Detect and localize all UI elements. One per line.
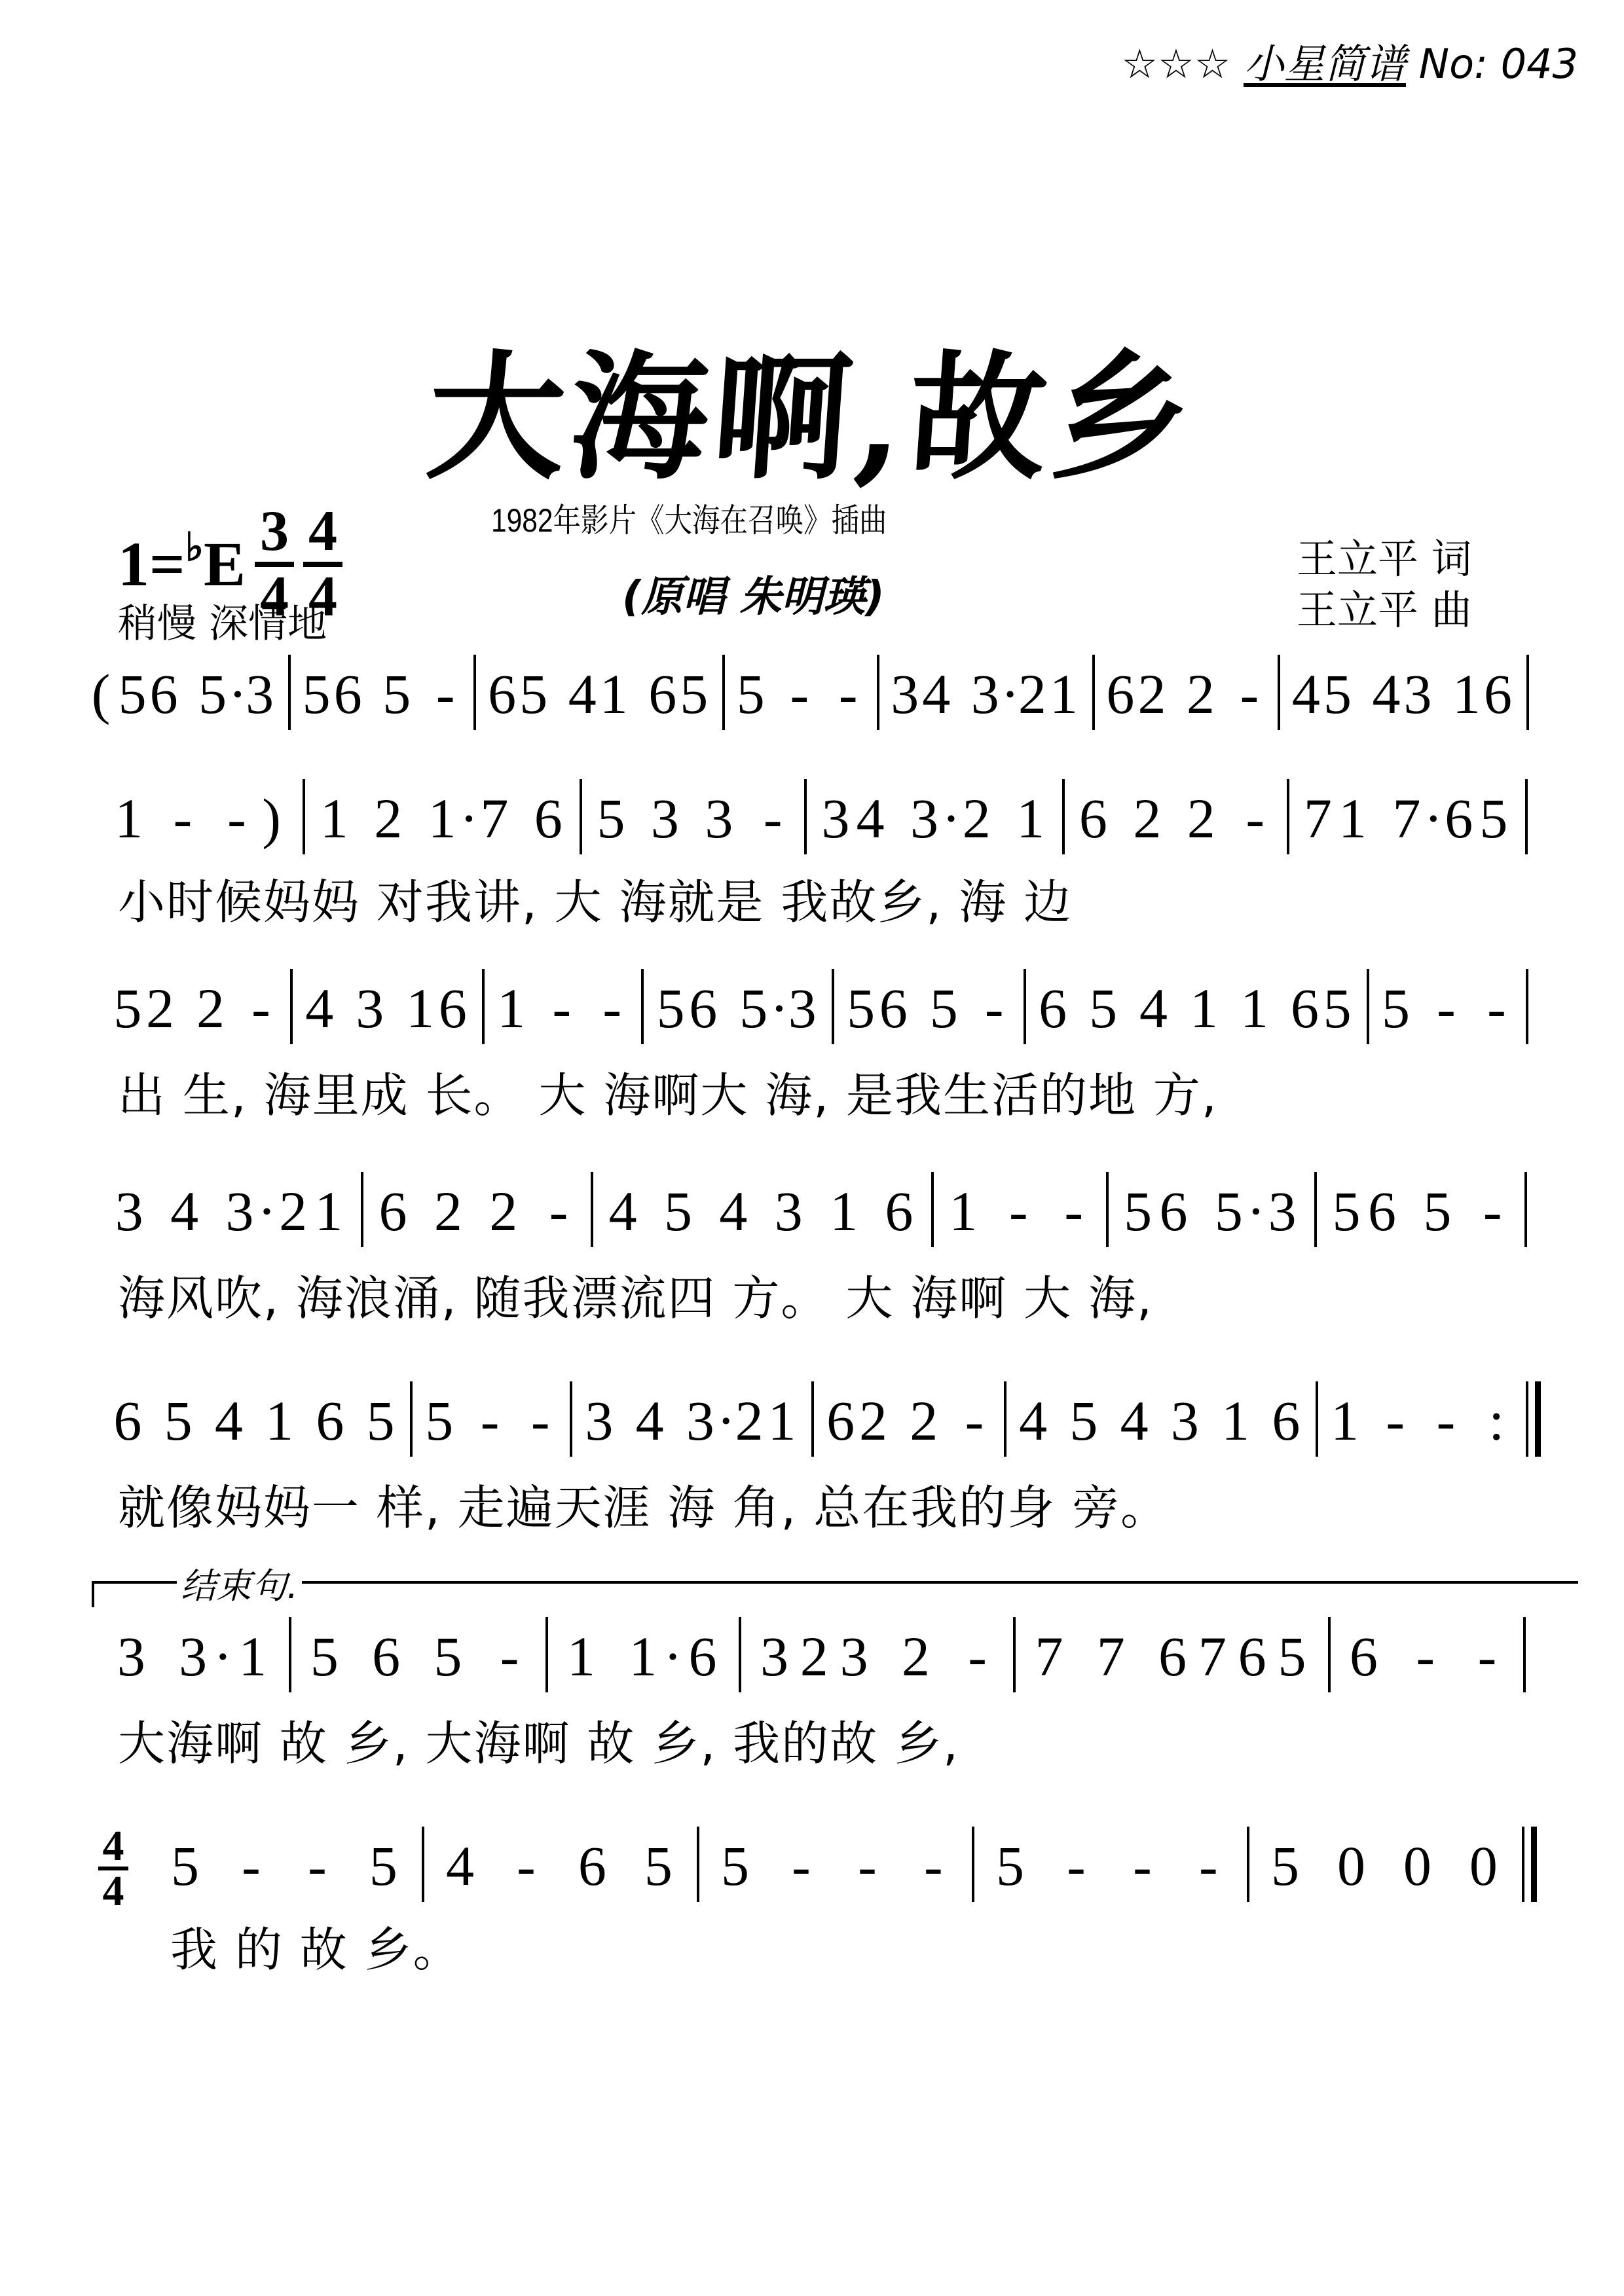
lyrics: 小时候妈妈 对我讲, 大 海就是 我故乡, 海 边 <box>118 864 1072 932</box>
note: 5 <box>1272 1624 1312 1689</box>
note: 2 <box>959 786 994 851</box>
header-tag: ☆☆☆ 小星简谱 No: 043 <box>1122 31 1578 90</box>
note: 5 <box>301 661 332 727</box>
note: 5 <box>654 975 687 1041</box>
note: 6 <box>881 1178 917 1244</box>
note: 4 <box>1290 661 1321 727</box>
note: 4 <box>303 975 336 1041</box>
note: 5 <box>1321 975 1354 1041</box>
note: 2 <box>1184 786 1219 851</box>
final-barline <box>1531 1827 1537 1902</box>
note: 6 <box>824 1388 857 1453</box>
barline <box>1526 969 1528 1044</box>
barline <box>697 1827 699 1902</box>
note: 3 <box>583 1388 616 1453</box>
note: 7 <box>1029 1624 1069 1689</box>
note: 0 <box>1462 1833 1505 1899</box>
barline <box>303 779 305 854</box>
notation-symbol: - <box>846 1833 889 1899</box>
note: 2 <box>144 975 177 1041</box>
note: 6 <box>437 975 470 1041</box>
notation-symbol: - <box>832 661 864 727</box>
notation-symbol: - <box>296 1833 339 1899</box>
note: 5 <box>1420 1178 1455 1244</box>
notation-symbol: · <box>1001 661 1016 727</box>
notation-symbol: - <box>545 975 578 1041</box>
note: 6 <box>1076 786 1111 851</box>
note: 3 <box>786 975 819 1041</box>
barline <box>1287 779 1289 854</box>
note: 1 <box>1335 786 1370 851</box>
note: 1 <box>1013 786 1048 851</box>
note: 1 <box>946 1178 981 1244</box>
note: 6 <box>366 1624 406 1689</box>
note: 2 <box>430 1178 466 1244</box>
notation-symbol: - <box>957 1624 997 1689</box>
note: 5 <box>1087 975 1120 1041</box>
note: 6 <box>531 786 566 851</box>
lyrics: 就像妈妈一 样, 走遍天涯 海 角, 总在我的身 旁。 <box>118 1470 1169 1538</box>
score-number: No: 043 <box>1419 40 1578 88</box>
note: 3 <box>354 975 386 1041</box>
credits: 王立平 词 王立平 曲 <box>1297 534 1472 636</box>
notation-symbol: · <box>257 1178 275 1244</box>
note: 6 <box>1156 1178 1191 1244</box>
note: 1 <box>1238 975 1271 1041</box>
barline <box>1062 779 1065 854</box>
notation-symbol: - <box>505 1833 547 1899</box>
note: 2 <box>371 786 405 851</box>
notation-symbol: · <box>1424 786 1442 851</box>
note: 1 <box>598 661 629 727</box>
tempo-marking: 稍慢 深情地 <box>118 592 327 649</box>
note: 5 <box>1329 1178 1364 1244</box>
note: 5 <box>1264 1833 1306 1899</box>
note: 5 <box>989 1833 1031 1899</box>
note: 6 <box>148 661 179 727</box>
barline <box>877 655 879 730</box>
note: 6 <box>332 661 363 727</box>
note: 1 <box>317 786 352 851</box>
note: 6 <box>687 975 720 1041</box>
lyrics: 大海啊 故 乡, 大海啊 故 乡, 我的故 乡, <box>118 1705 959 1774</box>
ending-label: 结束句. <box>177 1558 302 1609</box>
notation-symbol: · <box>229 661 244 727</box>
flat-icon: ♭ <box>185 524 204 570</box>
note: 4 <box>439 1833 481 1899</box>
note: 5 <box>162 1388 194 1453</box>
note: 6 <box>1153 1624 1192 1689</box>
note: 1 <box>111 786 146 851</box>
note: 2 <box>194 975 227 1041</box>
barline <box>811 1381 814 1457</box>
note: 5 <box>1120 1178 1155 1244</box>
note: 5 <box>518 661 549 727</box>
note: 6 <box>1344 1624 1384 1689</box>
note: 4 <box>1137 975 1170 1041</box>
barline <box>591 1172 593 1247</box>
barline <box>1004 1381 1006 1457</box>
barline <box>1367 969 1369 1044</box>
note: 3 <box>684 1388 716 1453</box>
note: 6 <box>683 1624 723 1689</box>
note: 3 <box>907 786 942 851</box>
composer: 王立平 曲 <box>1297 585 1472 636</box>
note: 2 <box>1130 786 1164 851</box>
note: 7 <box>1389 786 1424 851</box>
notation-symbol: - <box>1234 661 1265 727</box>
note: 5 <box>1321 661 1353 727</box>
note: 5 <box>735 661 766 727</box>
key-tonic: E <box>204 528 246 600</box>
star-icons: ☆☆☆ <box>1122 40 1231 88</box>
note: 5 <box>927 975 960 1041</box>
note: 5 <box>660 1178 695 1244</box>
notation-symbol: · <box>716 1388 733 1453</box>
barline <box>1278 655 1280 730</box>
note: 1 <box>232 1624 272 1689</box>
note: 5 <box>117 661 148 727</box>
note: 1 <box>263 1388 296 1453</box>
note: 2 <box>896 1624 936 1689</box>
note: 6 <box>1289 975 1321 1041</box>
note: 6 <box>1037 975 1069 1041</box>
note: 6 <box>1105 661 1136 727</box>
note: 1 <box>404 975 437 1041</box>
note: 6 <box>1232 1624 1272 1689</box>
note: 6 <box>647 661 678 727</box>
notation-symbol: - <box>596 975 629 1041</box>
song-subtitle: 1982年影片《大海在召唤》插曲 <box>491 494 887 541</box>
barline <box>410 1381 413 1457</box>
lyrics: 海风吹, 海浪涌, 随我漂流四 方。 大 海啊 大 海, <box>118 1260 1153 1328</box>
notation-symbol: : <box>1480 1388 1513 1453</box>
note: 3 <box>969 661 1001 727</box>
note: 3 <box>222 1178 257 1244</box>
barline <box>641 969 644 1044</box>
note: 5 <box>1380 975 1412 1041</box>
notation: 5--54-655---5---5000 <box>164 1833 1539 1905</box>
barline <box>722 655 725 730</box>
note: 4 <box>212 1388 245 1453</box>
notation-symbol: · <box>663 1624 682 1689</box>
note: 7 <box>1192 1624 1232 1689</box>
note: 5 <box>362 1833 405 1899</box>
ending-bracket-line <box>92 1581 1578 1585</box>
barline <box>1328 1617 1331 1692</box>
barline <box>1314 1172 1317 1247</box>
note: 3 <box>754 1624 794 1689</box>
notation-symbol: - <box>784 661 815 727</box>
note: 1 <box>766 1388 798 1453</box>
note: 4 <box>605 1178 640 1244</box>
notation-symbol: - <box>430 661 461 727</box>
ending-bracket-hook <box>92 1581 94 1607</box>
notation-symbol: - <box>780 1833 822 1899</box>
note: 5 <box>593 786 628 851</box>
note: 3 <box>648 786 682 851</box>
notation-symbol: - <box>1187 1833 1230 1899</box>
notation-symbol: - <box>541 1178 576 1244</box>
barline <box>931 1172 934 1247</box>
notation-symbol: - <box>1467 1624 1507 1689</box>
notation: 343·21622-4543161--565·3565- <box>111 1178 1539 1250</box>
barline <box>570 1381 572 1457</box>
notation-symbol: - <box>1481 975 1513 1041</box>
note: 3 <box>818 786 853 851</box>
note: 6 <box>877 975 910 1041</box>
note: 1 <box>1188 975 1221 1041</box>
barline <box>1106 1172 1109 1247</box>
note: 3 <box>1168 1388 1201 1453</box>
barline <box>739 1617 741 1692</box>
note: 2 <box>1185 661 1216 727</box>
barline <box>1024 969 1026 1044</box>
note: 5 <box>423 1388 456 1453</box>
notation-symbol: ( <box>85 661 117 727</box>
note: 4 <box>1371 661 1402 727</box>
notation-symbol: - <box>1056 1178 1091 1244</box>
note: 1 <box>623 1624 663 1689</box>
note: 6 <box>1441 786 1476 851</box>
barline <box>422 1827 424 1902</box>
note: 3 <box>771 1178 806 1244</box>
note: 3 <box>889 661 921 727</box>
barline <box>1523 1617 1526 1692</box>
notation-symbol: - <box>1121 1833 1164 1899</box>
barline <box>972 1827 974 1902</box>
barline <box>288 655 291 730</box>
notation-symbol: - <box>490 1624 530 1689</box>
barline <box>361 1172 363 1247</box>
note: 6 <box>1270 1388 1302 1453</box>
note: 6 <box>487 661 518 727</box>
note: 5 <box>714 1833 756 1899</box>
notation-symbol: - <box>1055 1833 1098 1899</box>
note: 5 <box>678 661 710 727</box>
notation: 522-43161--565·3565-65411655-- <box>111 975 1539 1048</box>
note: 3 <box>1402 661 1433 727</box>
note: 1 <box>826 1178 861 1244</box>
final-barline <box>1522 1827 1524 1902</box>
notation: (565·3565-6541655--343·21622-454316 <box>85 661 1539 733</box>
note: 4 <box>1118 1388 1151 1453</box>
note: 6 <box>571 1833 614 1899</box>
note: 6 <box>1364 1178 1399 1244</box>
notation-symbol: - <box>1475 1178 1510 1244</box>
notation-symbol: - <box>524 1388 557 1453</box>
notation-symbol: ) <box>254 786 289 851</box>
lyrics: 我 的 故 乡。 <box>170 1912 462 1980</box>
note: 5 <box>364 1388 397 1453</box>
note: 4 <box>853 786 888 851</box>
note: 5 <box>737 975 770 1041</box>
note: 2 <box>1136 661 1168 727</box>
note: 3 <box>244 661 276 727</box>
barline <box>1525 779 1528 854</box>
note: 1 <box>425 786 460 851</box>
final-barline <box>1526 1381 1528 1457</box>
final-barline <box>1535 1381 1541 1457</box>
barline <box>545 1617 548 1692</box>
note: 3 <box>173 1624 213 1689</box>
original-singer: (原唱 朱明瑛) <box>622 563 885 623</box>
barline <box>1524 1172 1527 1247</box>
lyrics: 出 生, 海里成 长。 大 海啊大 海, 是我生活的地 方, <box>118 1057 1218 1125</box>
barline <box>580 779 582 854</box>
note: 0 <box>1396 1833 1439 1899</box>
note: 5 <box>164 1833 206 1899</box>
notation-symbol: - <box>1001 1178 1036 1244</box>
note: 1 <box>1048 661 1079 727</box>
note: 2 <box>733 1388 766 1453</box>
notation-symbol: - <box>219 786 254 851</box>
note: 3 <box>111 1178 147 1244</box>
barline <box>1013 1617 1016 1692</box>
key-prefix: 1= <box>118 528 185 600</box>
notation-symbol: · <box>1247 1178 1264 1244</box>
note: 4 <box>166 1178 202 1244</box>
note: 1 <box>495 975 528 1041</box>
note: 7 <box>1301 786 1335 851</box>
note: 1 <box>1219 1388 1252 1453</box>
note: 1 <box>311 1178 346 1244</box>
note: 5 <box>381 661 413 727</box>
note: 4 <box>1017 1388 1050 1453</box>
note: 2 <box>275 1178 310 1244</box>
notation-symbol: - <box>958 1388 991 1453</box>
note: 4 <box>921 661 952 727</box>
barline <box>289 1617 291 1692</box>
notation-symbol: - <box>1405 1624 1445 1689</box>
note: 1 <box>1450 661 1482 727</box>
notation-symbol: - <box>1379 1388 1412 1453</box>
song-title: 大海啊,故乡 <box>0 308 1624 505</box>
notation-symbol: - <box>1430 1388 1462 1453</box>
note: 7 <box>477 786 511 851</box>
note: 5 <box>637 1833 680 1899</box>
note: 6 <box>375 1178 411 1244</box>
brand-link[interactable]: 小星简谱 <box>1244 40 1406 88</box>
notation: 1--)121·76533-343·21622-717·65 <box>111 786 1539 858</box>
note: 2 <box>908 1388 940 1453</box>
note: 6 <box>1483 661 1514 727</box>
barline <box>832 969 834 1044</box>
barline <box>804 779 807 854</box>
notation-symbol: - <box>1238 786 1272 851</box>
note: 3 <box>1264 1178 1300 1244</box>
barline <box>290 969 293 1044</box>
note: 3 <box>834 1624 874 1689</box>
time-signature-change: 44 <box>98 1827 128 1911</box>
notation: 33·1565-11·63232-7767656-- <box>111 1624 1539 1696</box>
note: 1 <box>561 1624 601 1689</box>
note: 2 <box>486 1178 521 1244</box>
notation-symbol: · <box>460 786 477 851</box>
note: 5 <box>1211 1178 1246 1244</box>
notation-symbol: · <box>770 975 786 1041</box>
notation-symbol: - <box>230 1833 272 1899</box>
notation-symbol: · <box>942 786 959 851</box>
note: 5 <box>1476 786 1511 851</box>
barline <box>473 655 476 730</box>
note: 5 <box>197 661 229 727</box>
notation-symbol: - <box>165 786 200 851</box>
note: 4 <box>633 1388 666 1453</box>
barline <box>1092 655 1095 730</box>
note: 6 <box>111 1388 144 1453</box>
notation: 6541655--343·21622-4543161--: <box>111 1388 1539 1460</box>
barline <box>1526 655 1529 730</box>
barline <box>1316 1381 1318 1457</box>
note: 0 <box>1330 1833 1373 1899</box>
note: 7 <box>1091 1624 1131 1689</box>
barline <box>482 969 485 1044</box>
note: 5 <box>428 1624 468 1689</box>
notation-symbol: - <box>245 975 278 1041</box>
note: 4 <box>716 1178 751 1244</box>
note: 5 <box>111 975 144 1041</box>
notation-symbol: - <box>756 786 790 851</box>
barline <box>1247 1827 1249 1902</box>
note: 6 <box>314 1388 346 1453</box>
lyricist: 王立平 词 <box>1297 534 1472 585</box>
notation-symbol: - <box>473 1388 506 1453</box>
notation-symbol: · <box>213 1624 232 1689</box>
note: 3 <box>701 786 736 851</box>
note: 5 <box>1067 1388 1100 1453</box>
note: 4 <box>566 661 598 727</box>
notation-symbol: - <box>1430 975 1463 1041</box>
note: 1 <box>1329 1388 1361 1453</box>
notation-symbol: - <box>912 1833 955 1899</box>
note: 2 <box>794 1624 834 1689</box>
note: 2 <box>857 1388 890 1453</box>
note: 5 <box>304 1624 344 1689</box>
note: 5 <box>845 975 877 1041</box>
notation-symbol: - <box>978 975 1010 1041</box>
note: 3 <box>111 1624 151 1689</box>
note: 2 <box>1016 661 1048 727</box>
